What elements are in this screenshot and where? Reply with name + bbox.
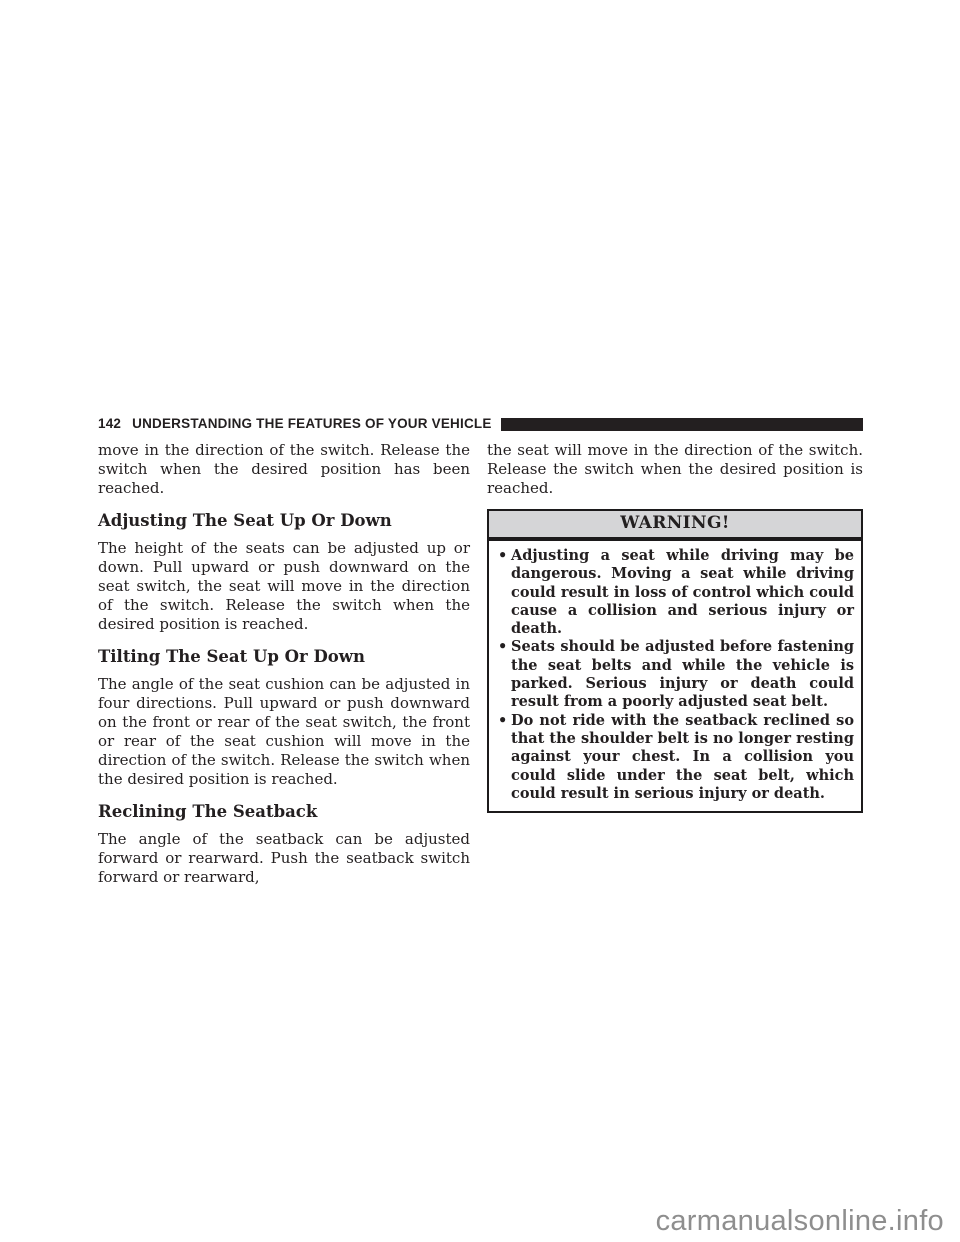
watermark-text: carmanualsonline.info — [656, 1204, 944, 1238]
warning-bullet: Adjusting a seat while driving may be da… — [495, 547, 854, 638]
paragraph-continued: move in the direction of the switch. Rel… — [98, 441, 470, 498]
section-body-adjusting-seat: The height of the seats can be adjusted … — [98, 539, 470, 634]
warning-list: Adjusting a seat while driving may be da… — [495, 547, 854, 803]
section-heading-reclining-seatback: Reclining The Seatback — [98, 802, 470, 822]
right-column: the seat will move in the direction of t… — [487, 441, 863, 813]
warning-body: Adjusting a seat while driving may be da… — [487, 539, 863, 813]
page-number: 142 — [98, 417, 121, 431]
section-body-tilting-seat: The angle of the seat cushion can be adj… — [98, 675, 470, 789]
two-column-layout: move in the direction of the switch. Rel… — [98, 441, 863, 898]
chapter-title: UNDERSTANDING THE FEATURES OF YOUR VEHIC… — [132, 417, 491, 431]
section-heading-tilting-seat: Tilting The Seat Up Or Down — [98, 647, 470, 667]
paragraph-continued: the seat will move in the direction of t… — [487, 441, 863, 498]
warning-bullet: Seats should be adjusted before fastenin… — [495, 638, 854, 711]
running-header: 142 UNDERSTANDING THE FEATURES OF YOUR V… — [98, 417, 863, 431]
left-column: move in the direction of the switch. Rel… — [98, 441, 470, 898]
section-body-reclining-seatback: The angle of the seatback can be adjuste… — [98, 830, 470, 887]
warning-title: WARNING! — [487, 509, 863, 539]
header-rule-bar — [501, 418, 863, 431]
page-content: 142 UNDERSTANDING THE FEATURES OF YOUR V… — [98, 417, 863, 898]
warning-bullet: Do not ride with the seatback reclined s… — [495, 712, 854, 803]
manual-page: 142 UNDERSTANDING THE FEATURES OF YOUR V… — [0, 0, 960, 1242]
warning-box: WARNING! Adjusting a seat while driving … — [487, 509, 863, 813]
section-heading-adjusting-seat: Adjusting The Seat Up Or Down — [98, 511, 470, 531]
